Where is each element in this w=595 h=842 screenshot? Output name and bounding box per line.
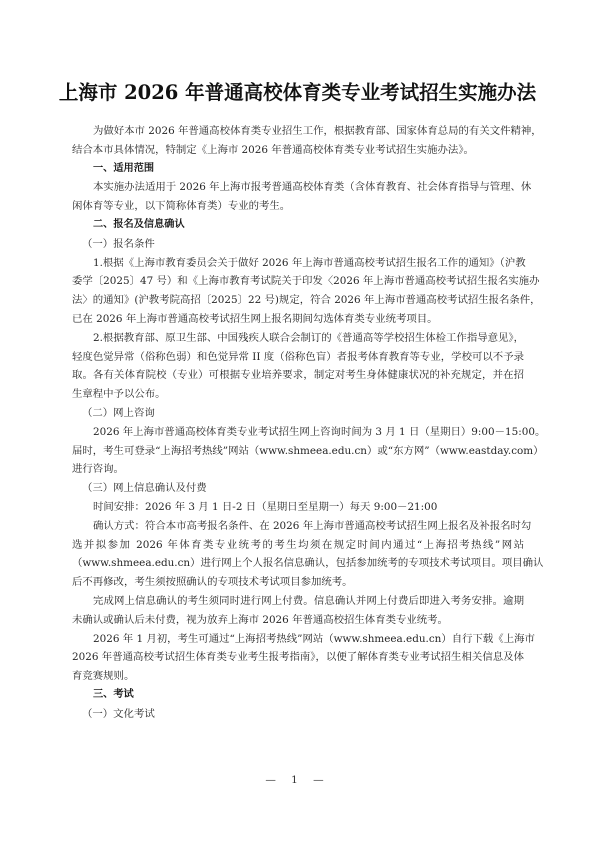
text-line: 2026 年普通高校考试招生体育类专业考生报考指南》，以便了解体育类专业考试招生… [72,648,524,667]
subsection-heading: （三）网上信息确认及付费 [72,479,524,498]
section-heading: 三、考试 [72,686,524,705]
text-line: 时间安排：2026 年 3 月 1 日-2 日（星期日至星期一）每天 9:00－… [72,498,524,517]
page-number: — 1 — [0,774,595,786]
subsection-heading: （一）文化考试 [72,705,524,724]
text-line: 本实施办法适用于 2026 年上海市报考普通高校体育类（含体育教育、社会体育指导… [72,178,524,197]
text-line: 委学〔2025〕47 号）和《上海市教育考试院关于印发〈2026 年上海市普通高… [72,272,524,291]
text-line: 生章程中予以公布。 [72,385,524,404]
text-line: 后不再修改，考生须按照确认的专项技术考试项目参加统考。 [72,573,524,592]
text-line: 未确认或确认后未付费，视为放弃上海市 2026 年普通高校招生体育类专业统考。 [72,611,524,630]
text-line: 2026 年上海市普通高校体育类专业考试招生网上咨询时间为 3 月 1 日（星期… [72,423,524,442]
text-line: 选并拟参加 2026 年体育类专业统考的考生均须在规定时间内通过“上海招考热线”… [72,536,524,555]
text-line: 已在 2026 年上海市普通高校考试招生网上报名期间勾选体育类专业统考项目。 [72,310,524,329]
document-title: 上海市 2026 年普通高校体育类专业考试招生实施办法 [0,80,595,106]
text-line: 闲体育等专业，以下简称体育类）专业的考生。 [72,197,524,216]
document-body: 为做好本市 2026 年普通高校体育类专业招生工作，根据教育部、国家体育总局的有… [72,122,524,724]
text-line: 1.根据《上海市教育委员会关于做好 2026 年上海市普通高校考试招生报名工作的… [72,254,524,273]
section-heading: 一、适用范围 [72,160,524,179]
text-line: 育竞赛规则。 [72,667,524,686]
text-line: 结合本市具体情况，特制定《上海市 2026 年普通高校体育类专业考试招生实施办法… [72,141,524,160]
text-line: 确认方式：符合本市高考报名条件、在 2026 年上海市普通高校考试招生网上报名及… [72,517,524,536]
text-line: 为做好本市 2026 年普通高校体育类专业招生工作，根据教育部、国家体育总局的有… [72,122,524,141]
text-line: （www.shmeea.edu.cn）进行网上个人报名信息确认，包括参加统考的专… [72,554,524,573]
text-line: 法〉的通知》(沪教考院高招〔2025〕22 号)规定，符合 2026 年上海市普… [72,291,524,310]
subsection-heading: （一）报名条件 [72,235,524,254]
subsection-heading: （二）网上咨询 [72,404,524,423]
text-line: 轻度色觉异常（俗称色弱）和色觉异常 II 度（俗称色盲）者报考体育教育等专业，学… [72,348,524,367]
text-line: 2026 年 1 月初，考生可通过“上海招考热线”网站（www.shmeea.e… [72,630,524,649]
text-line: 届时，考生可登录“上海招考热线”网站（www.shmeea.edu.cn）或“东… [72,442,524,461]
section-heading: 二、报名及信息确认 [72,216,524,235]
text-line: 2.根据教育部、原卫生部、中国残疾人联合会制订的《普通高等学校招生体检工作指导意… [72,329,524,348]
document-page: 上海市 2026 年普通高校体育类专业考试招生实施办法 为做好本市 2026 年… [0,0,595,842]
text-line: 取。各有关体育院校（专业）可根据专业培养要求，制定对考生身体健康状况的补充规定，… [72,366,524,385]
text-line: 完成网上信息确认的考生须同时进行网上付费。信息确认并网上付费后即进入考务安排。逾… [72,592,524,611]
text-line: 进行咨询。 [72,460,524,479]
